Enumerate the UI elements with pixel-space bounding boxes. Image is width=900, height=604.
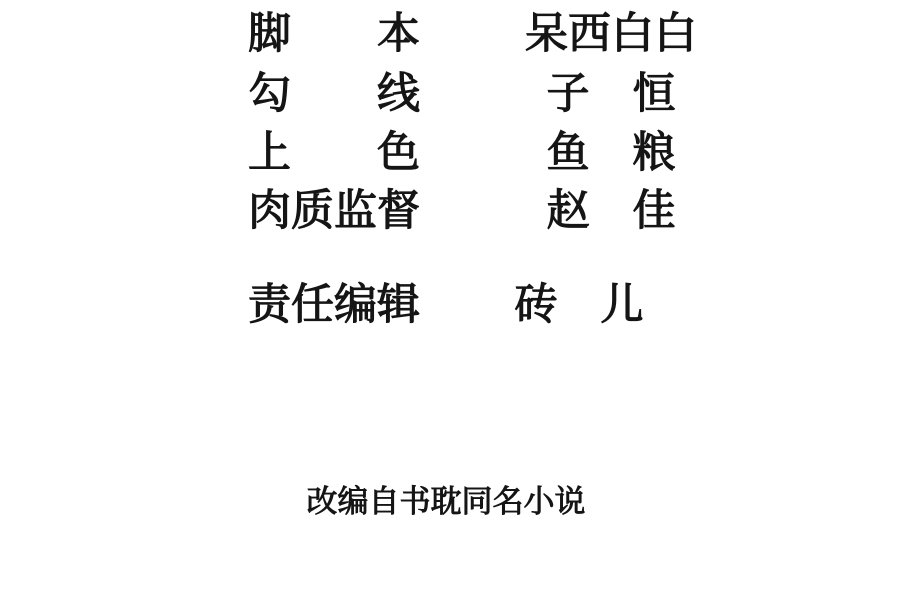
credit-row-coloring: 上色 鱼 粮 (0, 131, 900, 181)
credit-role-char: 编 (334, 283, 377, 328)
adaptation-source-note: 改编自书耽同名小说 (0, 486, 892, 519)
credit-role-char: 色 (377, 131, 420, 176)
credit-role-char: 督 (377, 189, 420, 234)
credit-role-char: 监 (334, 189, 377, 234)
credit-role-char: 本 (377, 12, 420, 57)
credit-role-char: 责 (248, 283, 291, 328)
credit-role-char: 肉 (248, 189, 291, 234)
credit-row-quality-supervisor: 肉质监督 赵 佳 (0, 189, 900, 239)
credit-role-char: 勾 (248, 72, 291, 117)
credit-role: 责任编辑 (248, 283, 420, 328)
credit-name: 子 恒 (520, 72, 702, 117)
credit-role-char: 上 (248, 131, 291, 176)
credit-role: 脚本 (248, 12, 420, 57)
credit-name: 呆西白白 (520, 12, 702, 57)
credit-name: 鱼 粮 (520, 131, 702, 176)
credit-role: 肉质监督 (248, 189, 420, 234)
credits-list: 脚本 呆西白白 勾线 子 恒 上色 鱼 粮 肉质监督 赵 佳 责任编辑 砖 儿 … (0, 0, 900, 604)
credit-role: 勾线 (248, 72, 420, 117)
credit-role-char: 脚 (248, 12, 291, 57)
credit-role-char: 质 (291, 189, 334, 234)
credit-row-lineart: 勾线 子 恒 (0, 72, 900, 122)
credit-row-script: 脚本 呆西白白 (0, 12, 900, 62)
credits-page: { "page": { "background_color": "#ffffff… (0, 0, 900, 604)
credit-role-char: 辑 (377, 283, 420, 328)
credit-name: 砖 儿 (488, 283, 670, 328)
credit-role-char: 线 (377, 72, 420, 117)
credit-row-editor: 责任编辑 砖 儿 (0, 283, 900, 333)
credit-name: 赵 佳 (520, 189, 702, 234)
credit-role-char: 任 (291, 283, 334, 328)
credit-role: 上色 (248, 131, 420, 176)
